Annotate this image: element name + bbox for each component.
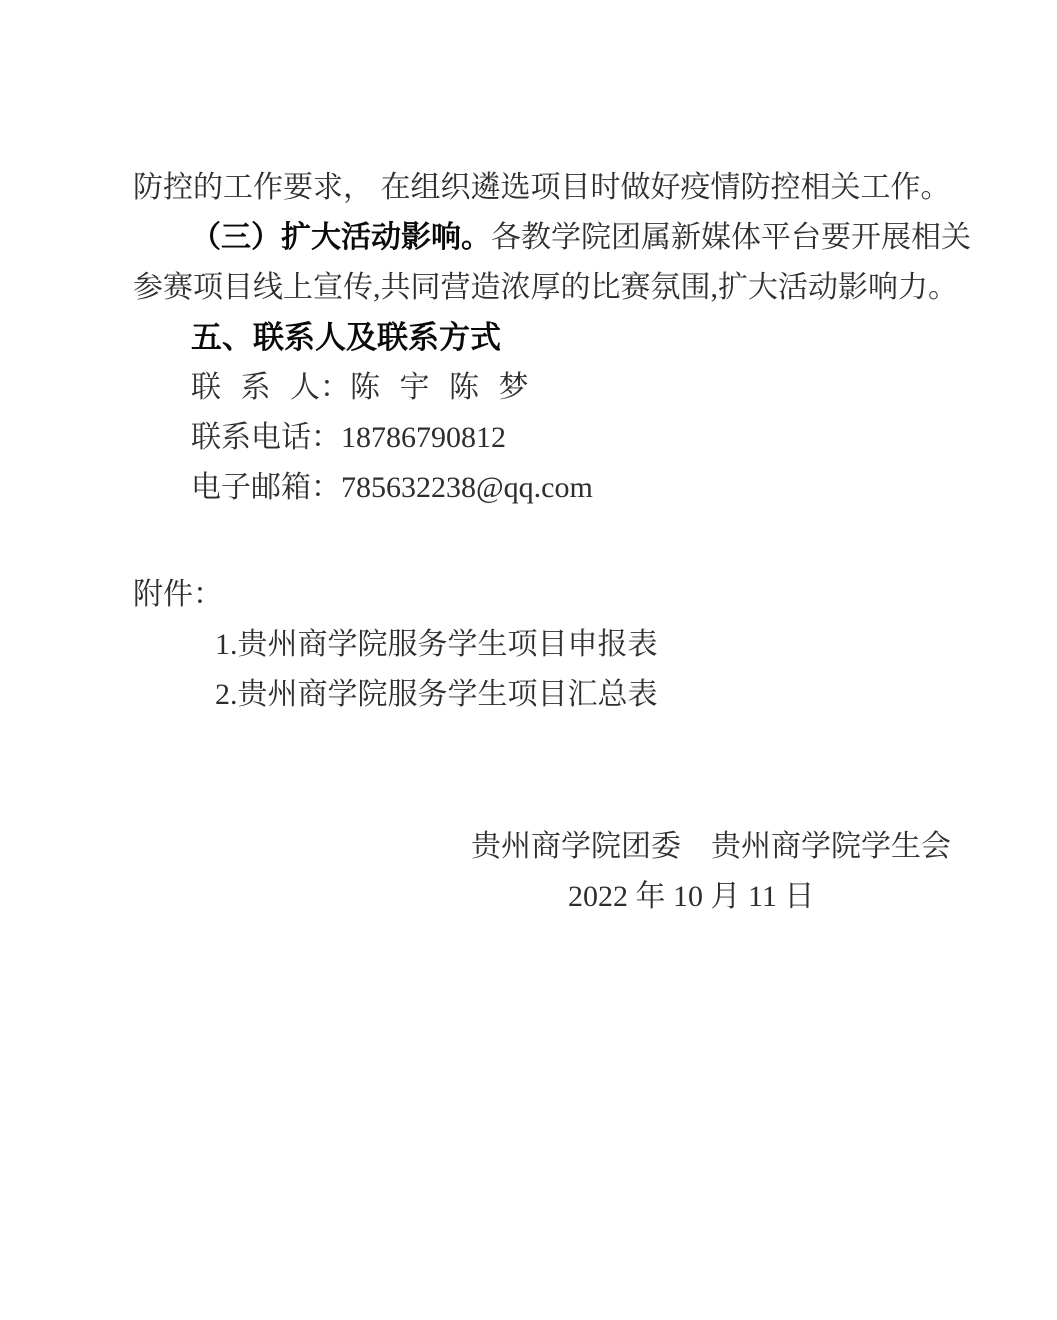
section-3-heading: （三）扩大活动影响。 (191, 221, 491, 254)
attachments-label: 附件： (133, 570, 1057, 620)
attachment-item-1: 1.贵州商学院服务学生项目申报表 (215, 620, 1057, 670)
blank-gap-before-signature (133, 720, 1057, 822)
contact-email-line: 电子邮箱：785632238@qq.com (191, 463, 1057, 513)
contact-person-line: 联 系 人：陈 宇 陈 梦 (191, 363, 1057, 413)
blank-gap-before-attachments (133, 513, 1057, 570)
attachment-item-2: 2.贵州商学院服务学生项目汇总表 (215, 670, 1057, 720)
section-3-text-start: 各教学院团属新媒体平台要开展相关 (491, 221, 971, 254)
paragraph-continuation-line: 防控的工作要求， 在组织遴选项目时做好疫情防控相关工作。 (133, 163, 1057, 213)
section-3-second-line: 参赛项目线上宣传,共同营造浓厚的比赛氛围,扩大活动影响力。 (133, 263, 1057, 313)
document-body: 防控的工作要求， 在组织遴选项目时做好疫情防控相关工作。 （三）扩大活动影响。各… (0, 0, 1057, 922)
document-page: 防控的工作要求， 在组织遴选项目时做好疫情防控相关工作。 （三）扩大活动影响。各… (0, 0, 1057, 1320)
contact-phone-line: 联系电话：18786790812 (191, 413, 1057, 463)
section-5-heading: 五、联系人及联系方式 (191, 313, 1057, 363)
signature-date: 2022 年 10 月 11 日 (568, 872, 1057, 922)
signature-organizations: 贵州商学院团委 贵州商学院学生会 (471, 822, 1057, 872)
section-3-first-line: （三）扩大活动影响。各教学院团属新媒体平台要开展相关 (191, 213, 1057, 263)
